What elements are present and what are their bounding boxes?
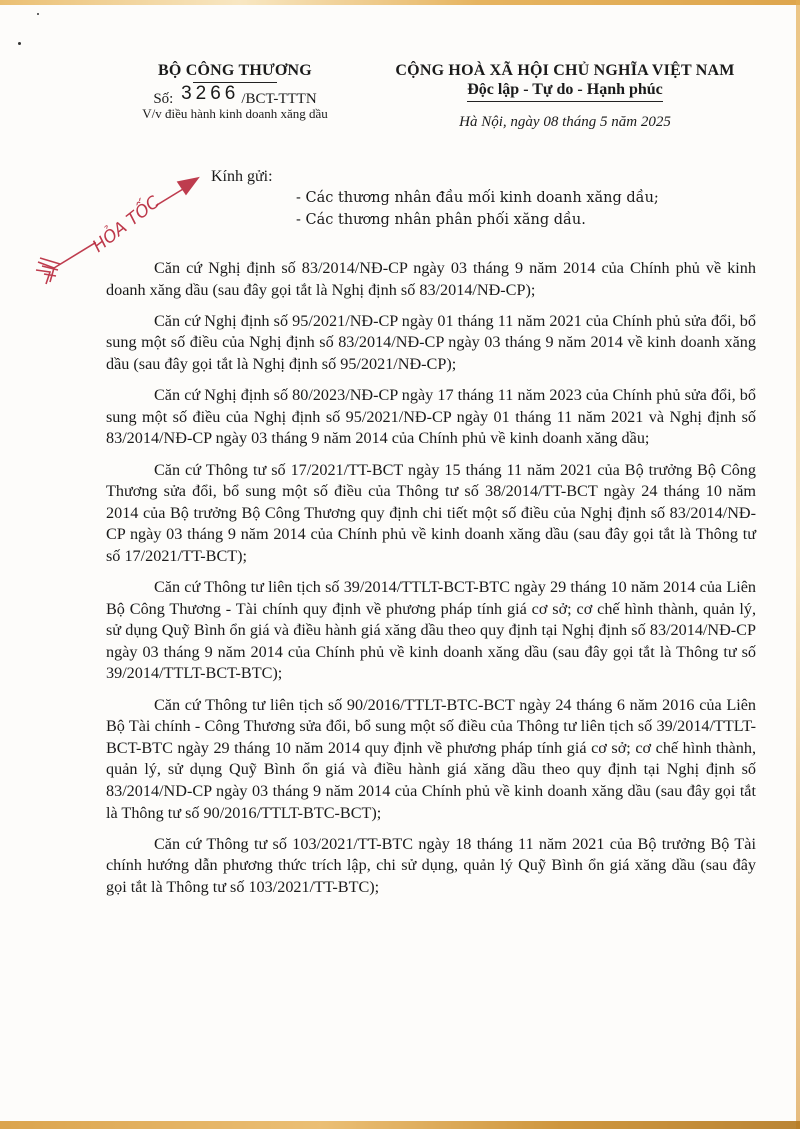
recipient-item: - Các thương nhân phân phối xăng dầu. <box>296 209 659 231</box>
document-number-suffix: /BCT-TTTN <box>241 91 316 107</box>
legal-basis-paragraph: Căn cứ Nghị định số 95/2021/NĐ-CP ngày 0… <box>106 311 756 376</box>
document-number-label: Số: <box>153 91 173 107</box>
scan-speck <box>18 42 21 45</box>
issuer-block: BỘ CÔNG THƯƠNG Số: 3266/BCT-TTTN V/v điề… <box>100 62 370 122</box>
document-number-value: 3266 <box>181 83 239 104</box>
document-body: Căn cứ Nghị định số 83/2014/NĐ-CP ngày 0… <box>106 258 756 908</box>
scan-edge-top <box>0 0 800 5</box>
scan-edge-right <box>796 0 800 1129</box>
legal-basis-paragraph: Căn cứ Thông tư liên tịch số 39/2014/TTL… <box>106 577 756 685</box>
scan-edge-bottom <box>0 1121 800 1129</box>
national-header: CỘNG HOÀ XÃ HỘI CHỦ NGHĨA VIỆT NAM Độc l… <box>360 62 770 131</box>
agency-name: BỘ CÔNG THƯƠNG <box>100 62 370 80</box>
legal-basis-paragraph: Căn cứ Thông tư số 103/2021/TT-BTC ngày … <box>106 834 756 899</box>
salutation: Kính gửi: <box>211 168 273 186</box>
legal-basis-paragraph: Căn cứ Nghị định số 80/2023/NĐ-CP ngày 1… <box>106 385 756 450</box>
scan-speck <box>37 13 39 15</box>
nation-title: CỘNG HOÀ XÃ HỘI CHỦ NGHĨA VIỆT NAM <box>360 62 770 80</box>
recipient-item: - Các thương nhân đầu mối kinh doanh xăn… <box>296 187 659 209</box>
national-motto: Độc lập - Tự do - Hạnh phúc <box>467 81 663 102</box>
place-date: Hà Nội, ngày 08 tháng 5 năm 2025 <box>360 114 770 131</box>
legal-basis-paragraph: Căn cứ Nghị định số 83/2014/NĐ-CP ngày 0… <box>106 258 756 301</box>
recipient-list: - Các thương nhân đầu mối kinh doanh xăn… <box>296 187 659 231</box>
legal-basis-paragraph: Căn cứ Thông tư liên tịch số 90/2016/TTL… <box>106 695 756 825</box>
document-subject: V/v điều hành kinh doanh xăng dầu <box>100 106 370 122</box>
stamp-label: HỎA TỐC <box>87 189 164 257</box>
legal-basis-paragraph: Căn cứ Thông tư số 17/2021/TT-BCT ngày 1… <box>106 460 756 568</box>
